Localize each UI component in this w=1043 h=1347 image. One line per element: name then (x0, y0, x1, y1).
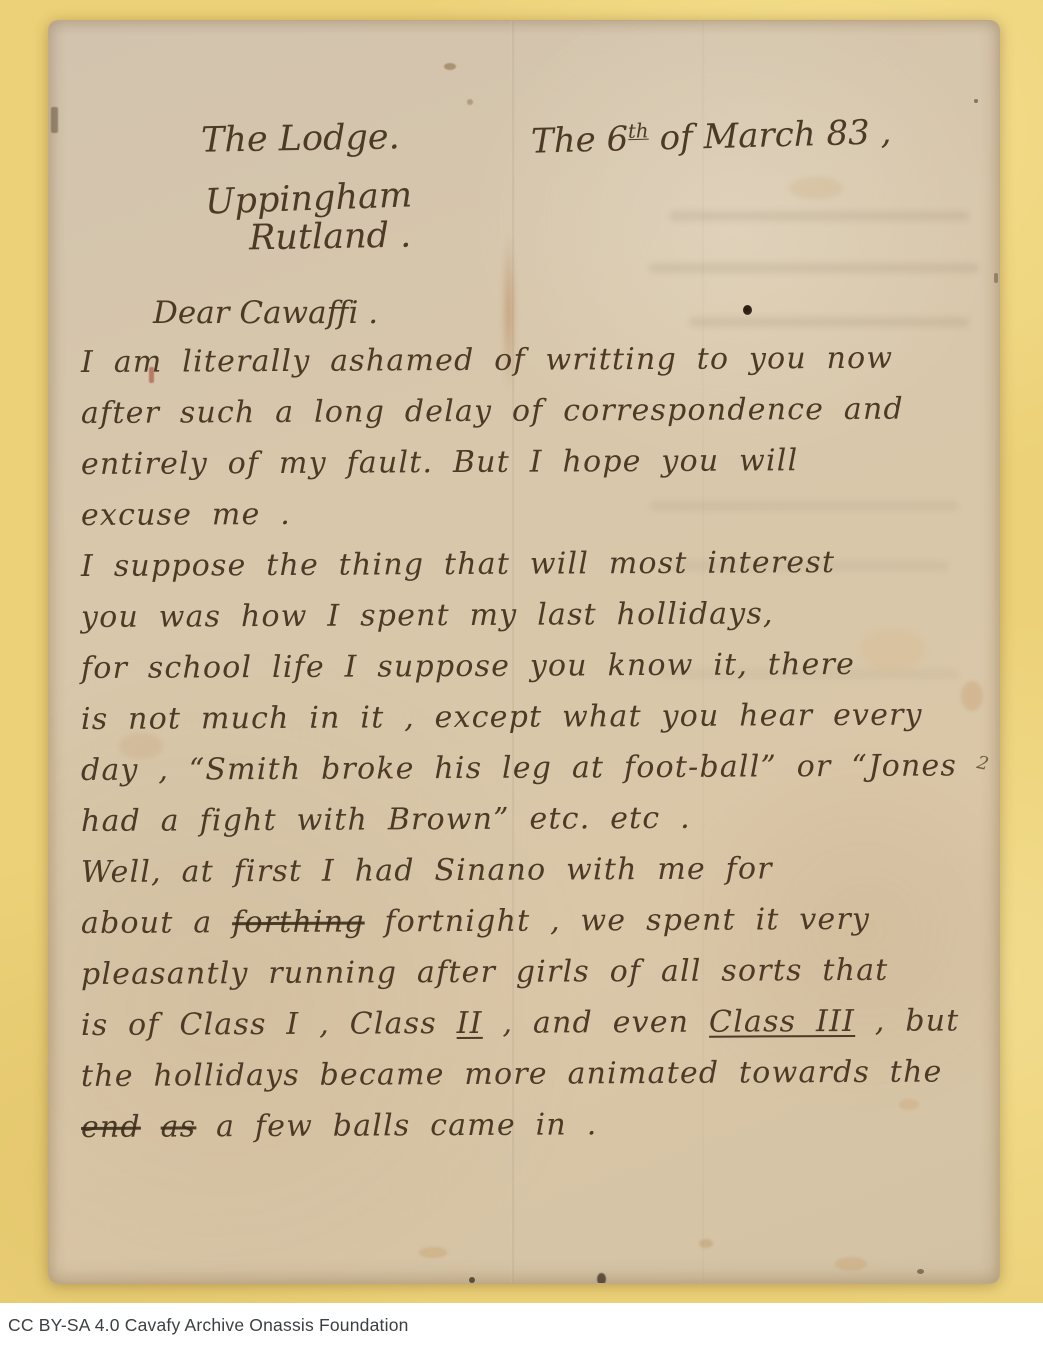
letter-date: The 6th of March 83 , (531, 112, 892, 161)
letter-line-segment: for school life I suppose you know it, t… (81, 647, 855, 686)
letter-line: I am literally ashamed of writting to yo… (81, 332, 993, 388)
letter-line-segment: Well, at first I had Sinano with me for (81, 851, 773, 890)
letter-line-segment: I am literally ashamed of writting to yo… (81, 341, 893, 380)
foxing-spot (789, 177, 843, 199)
screenshot-root: The Lodge. Uppingham Rutland . The 6th o… (0, 0, 1043, 1347)
letter-line-segment-strike: end (81, 1110, 141, 1145)
letter-line: had a fight with Brown” etc. etc . (81, 791, 993, 847)
letter-line-segment: fortnight , we spent it very (365, 902, 871, 940)
foxing-spot (419, 1247, 447, 1258)
letter-line: excuse me . (81, 485, 993, 541)
letter-line: is not much in it , except what you hear… (81, 689, 993, 745)
letter-line-segment: the hollidays became more animated towar… (81, 1054, 943, 1094)
letter-line-segment: I suppose the thing that will most inter… (81, 545, 835, 584)
showthrough-mark (689, 317, 969, 327)
letter-photograph: The Lodge. Uppingham Rutland . The 6th o… (0, 0, 1043, 1303)
letter-line: Well, at first I had Sinano with me for (81, 842, 993, 898)
ink-speck (917, 1269, 924, 1274)
foxing-spot (699, 1239, 713, 1248)
letter-line: after such a long delay of correspondenc… (81, 383, 993, 439)
letter-line: about a forthing fortnight , we spent it… (81, 893, 993, 949)
letter-line-segment: after such a long delay of correspondenc… (81, 392, 904, 431)
letter-line-segment: a few balls came in . (196, 1107, 597, 1144)
letter-line-segment: , but (855, 1003, 960, 1039)
ink-speck (469, 1277, 475, 1283)
letter-line-segment-strike: as (161, 1109, 197, 1144)
ink-speck (597, 1273, 606, 1284)
letter-date-prefix: The 6 (531, 119, 629, 162)
letter-line: I suppose the thing that will most inter… (81, 536, 993, 592)
letter-line-segment: entirely of my fault. But I hope you wil… (81, 443, 799, 482)
ink-speck (974, 99, 978, 103)
ink-blot (743, 305, 752, 315)
letter-line-segment-strike: forthing (232, 905, 365, 941)
letter-line-segment: had a fight with Brown” etc. etc . (81, 801, 691, 839)
address-line-3: Rutland . (249, 216, 412, 259)
letter-line: is of Class I , Class II , and even Clas… (81, 995, 993, 1051)
letter-line-segment: is not much in it , except what you hear… (81, 698, 923, 737)
paper-stain (444, 63, 456, 70)
showthrough-mark (669, 211, 969, 221)
letter-line-segment: pleasantly running after girls of all so… (81, 953, 889, 992)
letter-line: entirely of my fault. But I hope you wil… (81, 434, 993, 490)
letter-line: the hollidays became more animated towar… (81, 1046, 993, 1102)
letter-line-segment-underline: Class III (709, 1004, 855, 1040)
license-caption: CC BY-SA 4.0 Cavafy Archive Onassis Foun… (0, 1315, 409, 1336)
showthrough-mark (649, 263, 979, 273)
foxing-spot (835, 1257, 867, 1271)
letter-line-segment (141, 1110, 161, 1145)
letter-line: for school life I suppose you know it, t… (81, 638, 993, 694)
letter-line: end as a few balls came in . (81, 1097, 993, 1153)
letter-page: The Lodge. Uppingham Rutland . The 6th o… (48, 20, 1000, 1284)
letter-line-segment-underline: II (457, 1006, 483, 1041)
letter-line: day , “Smith broke his leg at foot-ball”… (81, 740, 993, 796)
letter-line-segment: about a (81, 905, 232, 941)
letter-line: you was how I spent my last hollidays, (81, 587, 993, 643)
letter-date-suffix: of March 83 , (648, 112, 892, 158)
letter-line: pleasantly running after girls of all so… (81, 944, 993, 1000)
letter-line-segment: day , “Smith broke his leg at foot-ball”… (81, 748, 957, 788)
paper-stain (467, 99, 473, 105)
letter-line-segment: is of Class I , Class (81, 1006, 457, 1043)
salutation: Dear Cawaffi . (153, 295, 378, 331)
paper-stain (51, 107, 58, 133)
caption-bar: CC BY-SA 4.0 Cavafy Archive Onassis Foun… (0, 1303, 1043, 1347)
letter-date-ordinal: th (628, 119, 649, 143)
letter-line-segment: , and even (483, 1005, 709, 1041)
address-line-1: The Lodge. (201, 117, 400, 160)
letter-line-segment: excuse me . (81, 497, 291, 533)
letter-body: I am literally ashamed of writting to yo… (81, 337, 993, 1153)
letter-line-segment: you was how I spent my last hollidays, (81, 596, 774, 635)
ink-speck (994, 273, 998, 283)
